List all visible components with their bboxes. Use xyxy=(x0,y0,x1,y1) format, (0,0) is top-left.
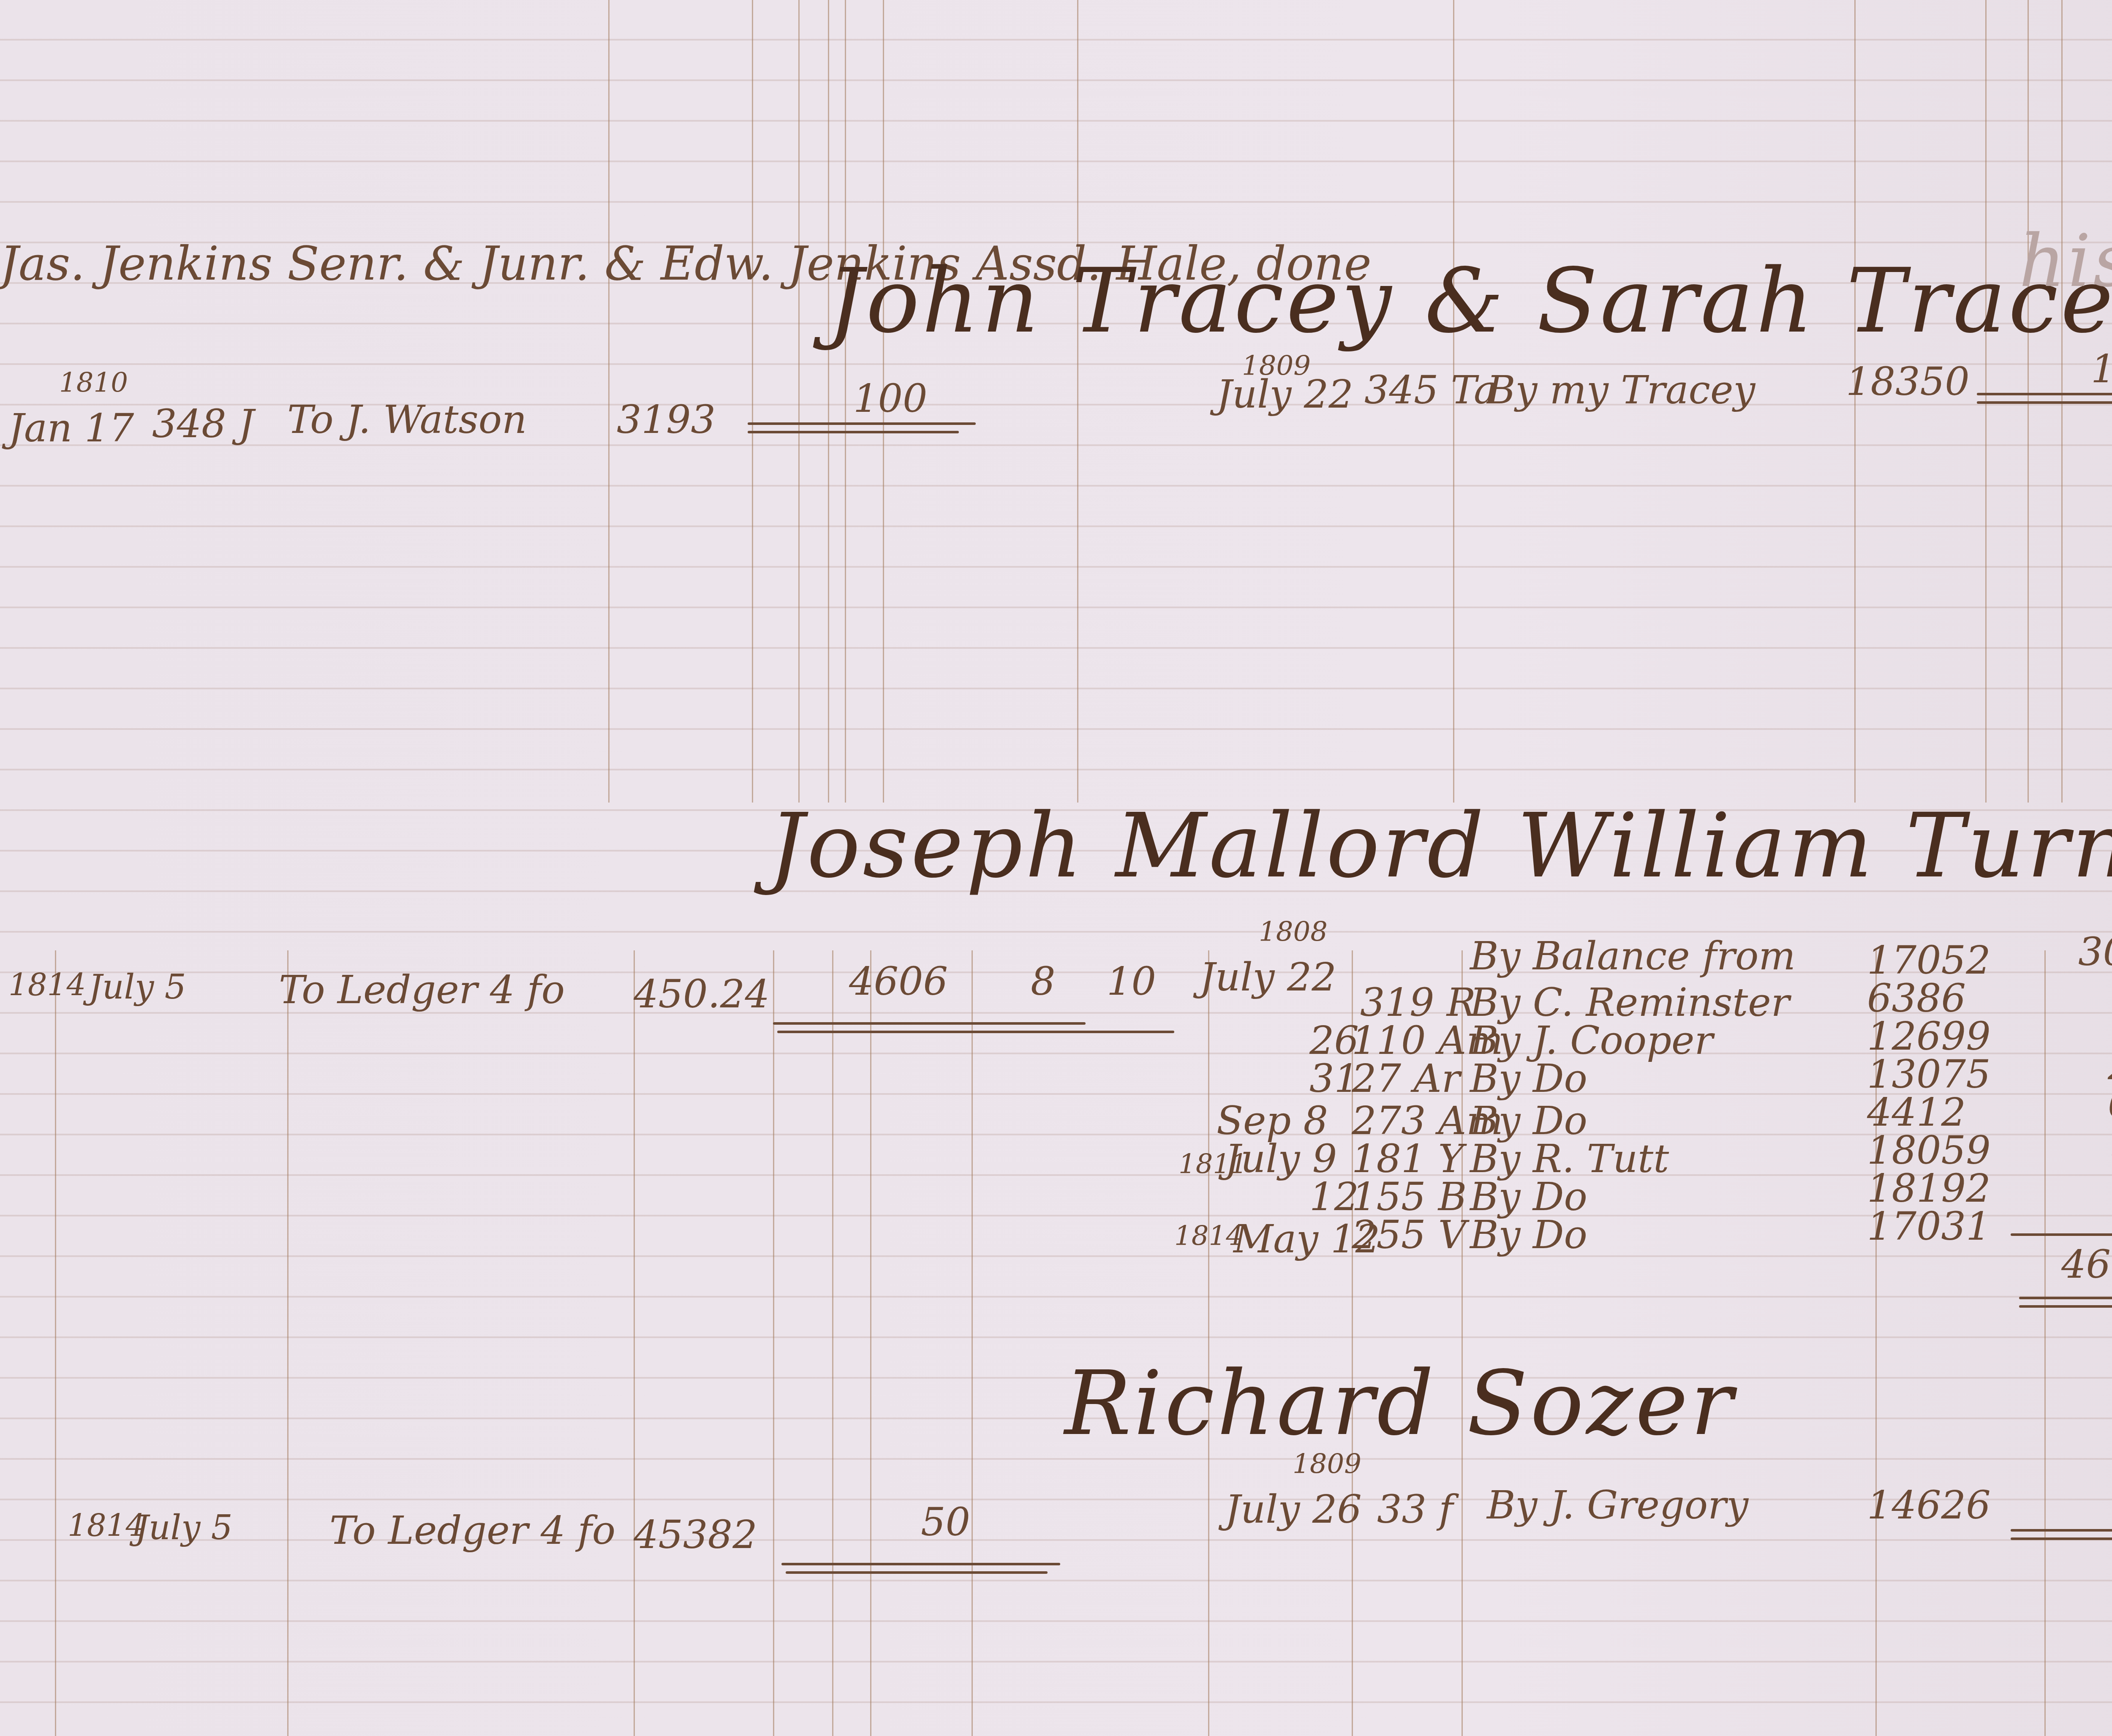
account-title: Joseph Mallord William Turner xyxy=(769,794,2112,898)
amount-underline xyxy=(1977,401,2112,404)
entry-amount-pounds: 632 xyxy=(2108,1081,2112,1126)
column-rule xyxy=(608,0,610,803)
entry-description: By Do xyxy=(1470,1212,1587,1257)
total-pounds: 4606 xyxy=(2061,1242,2112,1287)
total-double-rule xyxy=(2019,1305,2112,1308)
entry-folio: 255 V xyxy=(1352,1212,1466,1257)
entry-reference: 450.24 xyxy=(634,971,770,1017)
amount-underline xyxy=(773,1022,1086,1025)
column-rule xyxy=(832,950,833,1736)
entry-date: Jan 17 xyxy=(8,405,134,451)
column-rule xyxy=(2044,950,2046,1736)
total-double-rule xyxy=(2019,1297,2112,1299)
entry-year: 1808 xyxy=(1259,917,1328,948)
entry-amount-pounds: 4606 xyxy=(849,959,948,1004)
entry-description: To Ledger 4 fo xyxy=(329,1508,615,1553)
entry-folio: 33 f xyxy=(1377,1487,1453,1532)
entry-date: July 26 xyxy=(1225,1487,1362,1532)
entry-description: To Ledger 4 fo xyxy=(279,967,565,1012)
entry-amount-pounds: 3005 xyxy=(2078,929,2112,974)
entry-reference: 14626 xyxy=(1867,1483,1991,1528)
amount-underline xyxy=(2011,1537,2112,1540)
entry-description: By J. Gregory xyxy=(1487,1483,1748,1528)
account-title: John Tracey & Sarah Tracey xyxy=(828,249,2112,353)
column-rule xyxy=(1208,950,1209,1736)
amount-underline xyxy=(781,1563,1060,1565)
ledger-page: Jas. Jenkins Senr. & Junr. & Edw. Jenkin… xyxy=(0,0,2112,1736)
entry-reference: 45382 xyxy=(634,1512,757,1557)
amount-underline xyxy=(786,1571,1048,1574)
entry-date: July 22 xyxy=(1217,372,1353,417)
entry-description: By Do xyxy=(1470,1056,1587,1101)
entry-amount: 100 xyxy=(853,376,928,421)
entry-reference: 17031 xyxy=(1867,1204,1991,1249)
column-rule xyxy=(1462,950,1463,1736)
amount-underline xyxy=(1977,393,2112,395)
entry-year: 1814 xyxy=(8,967,86,1003)
amount-underline xyxy=(748,422,976,425)
column-rule xyxy=(845,0,846,803)
column-rule xyxy=(55,950,56,1736)
entry-amount: 50 xyxy=(921,1499,970,1545)
entry-date: July 22 xyxy=(1200,955,1336,1000)
entry-reference: 3193 xyxy=(617,397,716,442)
entry-date: July 5 xyxy=(89,967,186,1007)
column-rule xyxy=(1077,0,1078,803)
entry-year: 1810 xyxy=(59,367,128,399)
column-rule xyxy=(773,950,774,1736)
column-rule xyxy=(634,950,635,1736)
entry-year: 1814 xyxy=(1174,1221,1243,1252)
entry-date: July 5 xyxy=(135,1508,233,1547)
entry-year: 1809 xyxy=(1293,1449,1361,1480)
amount-underline xyxy=(777,1031,1174,1033)
column-rule xyxy=(752,0,753,803)
account-title-suffix: his Wife xyxy=(2019,220,2112,303)
entry-description: By Balance from xyxy=(1470,933,1796,979)
amount-underline xyxy=(748,431,959,433)
entry-amount-shillings: 8 xyxy=(1031,959,1056,1004)
account-title: Richard Sozer xyxy=(1064,1352,1736,1455)
column-rule xyxy=(287,950,288,1736)
entry-amount-pence: 10 xyxy=(1107,959,1156,1004)
entry-description: To J. Watson xyxy=(287,397,527,442)
entry-description: By my Tracey xyxy=(1487,367,1755,413)
column-rule xyxy=(828,0,829,803)
entry-folio: 348 J xyxy=(152,401,254,446)
entry-amount: 100 xyxy=(2091,346,2112,392)
column-rule xyxy=(972,950,973,1736)
column-rule xyxy=(798,0,800,803)
amount-underline xyxy=(2011,1529,2112,1532)
entry-reference: 18350 xyxy=(1846,359,1970,404)
entry-year: 1814 xyxy=(68,1508,145,1543)
column-rule xyxy=(870,950,871,1736)
entry-folio: 27 Ar xyxy=(1352,1056,1460,1101)
entry-folio: 345 Ta xyxy=(1364,367,1497,413)
total-rule xyxy=(2011,1233,2112,1236)
